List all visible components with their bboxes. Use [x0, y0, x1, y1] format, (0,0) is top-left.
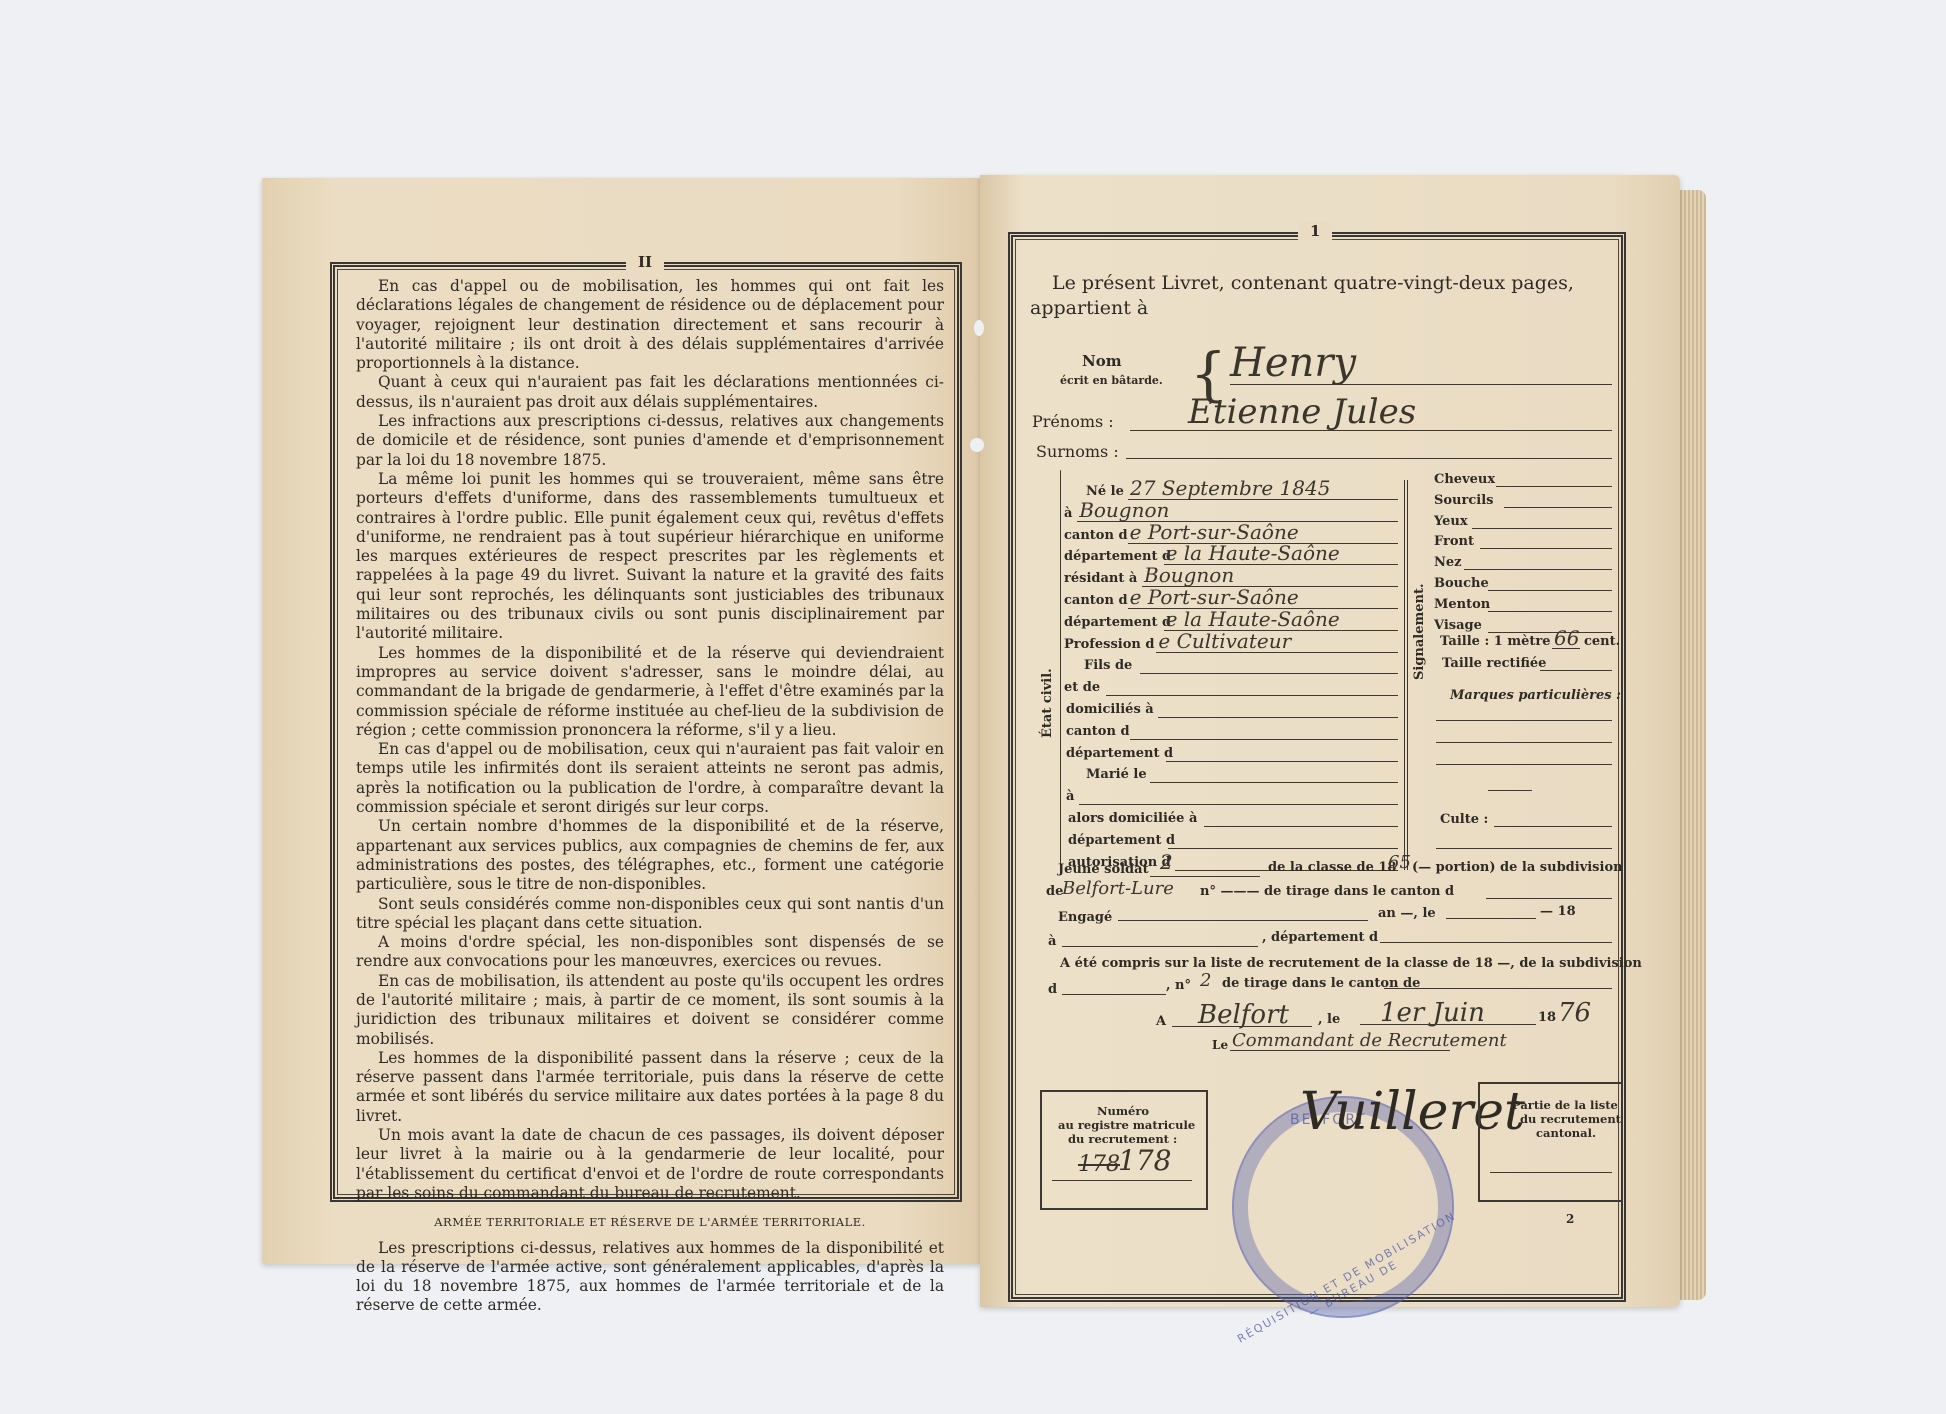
le-line: [1446, 918, 1536, 919]
etat-civil-label: domiciliés à: [1066, 702, 1154, 717]
paragraph: Un certain nombre d'hommes de la disponi…: [356, 817, 944, 894]
year-prefix: — 18: [1540, 904, 1576, 919]
registre-struck-value: 178: [1078, 1152, 1120, 1177]
intro-line-1: Le présent Livret, contenant quatre-ving…: [1052, 272, 1574, 294]
etat-civil-label: alors domiciliée à: [1068, 811, 1197, 826]
tirage-line: [1486, 898, 1612, 899]
culte-line: [1494, 826, 1612, 827]
etat-civil-label: département d: [1066, 746, 1173, 761]
separator: [1488, 790, 1532, 791]
date-line: [1360, 1024, 1536, 1025]
signalement-line: [1504, 507, 1612, 508]
paragraph: Sont seuls considérés comme non-disponib…: [356, 895, 944, 934]
partie-line: [1490, 1172, 1612, 1173]
tirage-label: n° ——— de tirage dans le canton d: [1200, 884, 1454, 899]
place-prefix: A: [1156, 1014, 1166, 1029]
signalement-line: [1480, 548, 1612, 549]
culte-line-2: [1436, 848, 1612, 849]
taille-line: [1552, 648, 1580, 649]
date-prefix: , le: [1318, 1012, 1340, 1027]
etat-civil-value: e Port-sur-Saône: [1130, 520, 1299, 544]
signalement-label: Yeux: [1434, 514, 1468, 529]
an-label: an —, le: [1378, 906, 1436, 921]
signatory-prefix: Le: [1212, 1038, 1228, 1052]
compris-label: A été compris sur la liste de recrutemen…: [1060, 956, 1642, 971]
classe-label: de la classe de 18: [1268, 860, 1396, 875]
paragraph: Les hommes de la disponibilité passent d…: [356, 1049, 944, 1126]
nom-value: Henry: [1230, 340, 1356, 386]
signalement-label: Visage: [1434, 618, 1482, 633]
etat-civil-line: [1130, 739, 1398, 740]
etat-civil-line: [1150, 782, 1398, 783]
culte-label: Culte :: [1440, 812, 1488, 827]
paragraph: A moins d'ordre spécial, les non-disponi…: [356, 933, 944, 972]
paragraph: La même loi punit les hommes qui se trou…: [356, 470, 944, 644]
column-divider: [1404, 480, 1408, 870]
nom-label: Nom: [1082, 352, 1122, 370]
signalement-line: [1488, 590, 1612, 591]
departement-line: [1380, 942, 1612, 943]
taille-unit: cent.: [1584, 634, 1620, 649]
etat-civil-value: Bougnon: [1079, 498, 1169, 522]
etat-civil-label: canton d: [1064, 593, 1128, 608]
etat-civil-label: département d: [1064, 615, 1171, 630]
etat-civil-label: et de: [1064, 680, 1100, 695]
signalement-label: Front: [1434, 534, 1474, 549]
year-label: 18: [1538, 1010, 1556, 1025]
left-page-text: En cas d'appel ou de mobilisation, les h…: [356, 277, 944, 1316]
etat-civil-line: [1166, 761, 1398, 762]
binding-hole: [974, 320, 984, 336]
etat-civil-value: e la Haute-Saône: [1166, 541, 1340, 565]
signalement-line: [1496, 486, 1612, 487]
signalement-line: [1488, 632, 1612, 633]
footer-page-number: 2: [1566, 1212, 1574, 1226]
etat-civil-line: [1140, 673, 1398, 674]
paragraph: Les prescriptions ci-dessus, relatives a…: [356, 1239, 944, 1316]
no-label: , n°: [1166, 978, 1191, 993]
nom-sublabel: écrit en bâtarde.: [1060, 374, 1163, 387]
signalement-line: [1488, 611, 1612, 612]
page-edges: [1680, 190, 1706, 1300]
left-page-number: II: [626, 253, 664, 271]
paragraph: Un mois avant la date de chacun de ces p…: [356, 1126, 944, 1203]
registre-label-2: au registre matricule: [1058, 1118, 1195, 1132]
jeune-soldat-label: Jeune soldat: [1058, 862, 1149, 877]
marques-label: Marques particulières :: [1450, 688, 1621, 703]
etat-civil-label: à: [1064, 506, 1072, 521]
partie-label-3: cantonal.: [1536, 1126, 1596, 1140]
registre-value: 178: [1118, 1144, 1171, 1177]
etat-civil-label: à: [1066, 789, 1074, 804]
etat-civil-line: [1158, 717, 1398, 718]
classe-value: 65: [1388, 852, 1411, 873]
engage-label: Engagé: [1058, 910, 1112, 925]
binding-hole: [970, 438, 984, 452]
signalement-label: Menton: [1434, 597, 1490, 612]
etat-civil-label: Fils de: [1084, 658, 1132, 673]
a-line: [1062, 946, 1258, 947]
etat-civil-line: [1204, 826, 1398, 827]
etat-civil-label: État civil.: [1040, 668, 1055, 738]
taille-value: 66: [1554, 626, 1579, 650]
d-label: d: [1048, 982, 1057, 997]
etat-civil-label: Profession d: [1064, 637, 1154, 652]
marques-line: [1436, 720, 1612, 721]
signalement-label: Nez: [1434, 555, 1462, 570]
year-value: 76: [1558, 998, 1591, 1028]
etat-civil-bracket: [1060, 470, 1061, 870]
paragraph: Les hommes de la disponibilité et de la …: [356, 644, 944, 740]
etat-civil-value: e la Haute-Saône: [1166, 607, 1340, 631]
right-page-number: 1: [1298, 222, 1332, 240]
signalement-line: [1464, 569, 1612, 570]
paragraph: En cas d'appel ou de mobilisation, ceux …: [356, 740, 944, 817]
etat-civil-line: [1168, 848, 1398, 849]
taille-rectifiee-line: [1540, 670, 1612, 671]
prenoms-value: Etienne Jules: [1188, 392, 1416, 432]
etat-civil-value: e Cultivateur: [1158, 629, 1291, 653]
registre-line: [1052, 1180, 1192, 1181]
intro-line-2: appartient à: [1030, 297, 1148, 319]
engage-line: [1118, 920, 1368, 921]
a-label: à: [1048, 934, 1056, 949]
partie-label-1: Partie de la liste: [1512, 1098, 1618, 1112]
etat-civil-line: [1079, 804, 1398, 805]
signalement-label: Cheveux: [1434, 472, 1495, 487]
signatory-line: [1230, 1050, 1450, 1051]
subdivision-prefix: de: [1046, 884, 1063, 899]
tirage-canton-line: [1384, 988, 1612, 989]
place-line: [1172, 1026, 1312, 1027]
etat-civil-value: Bougnon: [1144, 563, 1234, 587]
signalement-label: Bouche: [1434, 576, 1489, 591]
signalement-label: Signalement.: [1412, 583, 1427, 680]
marques-line: [1436, 764, 1612, 765]
registre-label-1: Numéro: [1097, 1104, 1149, 1118]
d-line: [1062, 994, 1166, 995]
etat-civil-value: 27 Septembre 1845: [1130, 476, 1330, 500]
paragraph: En cas de mobilisation, ils attendent au…: [356, 972, 944, 1049]
etat-civil-label: résidant à: [1064, 571, 1137, 586]
surnoms-label: Surnoms :: [1036, 442, 1119, 461]
prenoms-line: [1130, 430, 1612, 431]
etat-civil-line: [1106, 695, 1398, 696]
paragraph: Quant à ceux qui n'auraient pas fait les…: [356, 373, 944, 412]
taille-label: Taille : 1 mètre: [1440, 634, 1551, 649]
etat-civil-label: canton d: [1064, 528, 1128, 543]
etat-civil-label: Marié le: [1086, 767, 1147, 782]
signalement-label: Sourcils: [1434, 493, 1493, 508]
surnoms-line: [1126, 458, 1612, 459]
paragraph: En cas d'appel ou de mobilisation, les h…: [356, 277, 944, 373]
subdivision-value: Belfort-Lure: [1062, 878, 1174, 899]
no-value: 2: [1200, 970, 1211, 991]
etat-civil-label: département d: [1064, 549, 1171, 564]
jeune-soldat-line: [1150, 876, 1260, 877]
nom-line: [1230, 384, 1612, 385]
etat-civil-label: canton d: [1066, 724, 1130, 739]
departement-label: , département d: [1262, 930, 1378, 945]
etat-civil-label: Né le: [1086, 484, 1124, 499]
paragraph: Les infractions aux prescriptions ci-des…: [356, 412, 944, 470]
prenoms-label: Prénoms :: [1032, 412, 1114, 431]
section-heading: ARMÉE TERRITORIALE ET RÉSERVE DE L'ARMÉE…: [356, 1213, 944, 1232]
signatory-value: Commandant de Recrutement: [1232, 1030, 1507, 1051]
portion-label: (— portion) de la subdivision: [1412, 860, 1623, 875]
signalement-line: [1472, 528, 1612, 529]
jeune-soldat-value: 2: [1160, 850, 1173, 874]
etat-civil-value: e Port-sur-Saône: [1130, 585, 1299, 609]
taille-rectifiee-label: Taille rectifiée: [1442, 656, 1546, 671]
etat-civil-label: département d: [1068, 833, 1175, 848]
partie-label-2: du recrutement: [1520, 1112, 1621, 1126]
marques-line: [1436, 742, 1612, 743]
